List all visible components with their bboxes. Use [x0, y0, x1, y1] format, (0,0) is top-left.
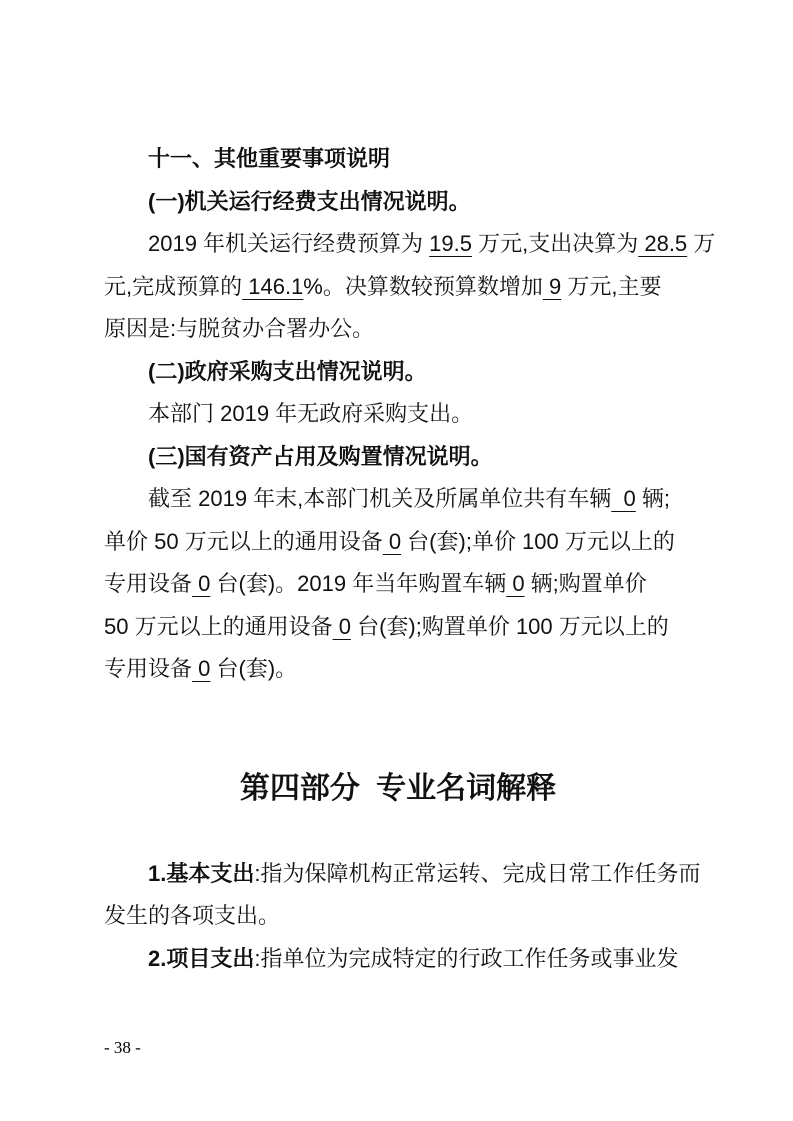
paragraph-line: 原因是:与脱贫办合署办公。	[104, 308, 692, 351]
underlined-value: 0	[506, 571, 524, 596]
text-segment: 万元,支出决算为	[472, 231, 638, 256]
text-segment: 2019 年机关运行经费预算为	[148, 231, 429, 256]
text-segment: 辆;	[636, 486, 670, 511]
text-segment: 万	[687, 231, 715, 256]
text-segment: 本部门 2019 年无政府采购支出。	[148, 401, 473, 426]
text-segment: 50 万元以上的通用设备	[104, 614, 333, 639]
paragraph-line: 元,完成预算的 146.1%。决算数较预算数增加 9 万元,主要	[104, 266, 692, 309]
paragraph-line: 2019 年机关运行经费预算为 19.5 万元,支出决算为 28.5 万	[104, 223, 692, 266]
paragraph-line: 专用设备 0 台(套)。2019 年当年购置车辆 0 辆;购置单价	[104, 563, 692, 606]
paragraph-line: 50 万元以上的通用设备 0 台(套);购置单价 100 万元以上的	[104, 606, 692, 649]
subsection-heading-2: (二)政府采购支出情况说明。	[104, 351, 692, 394]
text-segment: 原因是:与脱贫办合署办公。	[104, 316, 374, 341]
text-segment: :指为保障机构正常运转、完成日常工作任务而	[254, 861, 700, 886]
underlined-value: 28.5	[638, 231, 687, 256]
text-segment: %。决算数较预算数增加	[303, 274, 543, 299]
text-segment: 台(套)。	[210, 656, 297, 681]
text-segment: 专用设备	[104, 571, 192, 596]
underlined-value: 0	[192, 656, 210, 681]
document-body: 十一、其他重要事项说明(一)机关运行经费支出情况说明。2019 年机关运行经费预…	[104, 138, 692, 1058]
text-segment: 台(套)。2019 年当年购置车辆	[210, 571, 506, 596]
bold-text: (一)机关运行经费支出情况说明。	[148, 189, 471, 214]
text-segment: 元,完成预算的	[104, 274, 242, 299]
text-segment: 台(套);购置单价 100 万元以上的	[351, 614, 669, 639]
text-segment: 单价 50 万元以上的通用设备	[104, 529, 383, 554]
bold-text: 1.基本支出	[148, 861, 254, 886]
text-segment: 辆;购置单价	[525, 571, 647, 596]
text-segment: 万元,主要	[561, 274, 661, 299]
text-segment: 专用设备	[104, 656, 192, 681]
paragraph-line: 专用设备 0 台(套)。	[104, 648, 692, 691]
underlined-value: 0	[192, 571, 210, 596]
paragraph-line: 截至 2019 年末,本部门机关及所属单位共有车辆 0 辆;	[104, 478, 692, 521]
subsection-heading-3: (三)国有资产占用及购置情况说明。	[104, 436, 692, 479]
subsection-heading-1: (一)机关运行经费支出情况说明。	[104, 181, 692, 224]
section-heading-11: 十一、其他重要事项说明	[104, 138, 692, 181]
text-segment: :指单位为完成特定的行政工作任务或事业发	[254, 946, 678, 971]
bold-text: (三)国有资产占用及购置情况说明。	[148, 444, 493, 469]
paragraph-line: 2.项目支出:指单位为完成特定的行政工作任务或事业发	[104, 938, 692, 981]
underlined-value: 0	[611, 486, 635, 511]
underlined-value: 0	[383, 529, 401, 554]
bold-text: 2.项目支出	[148, 946, 254, 971]
text-segment: 发生的各项支出。	[104, 903, 280, 928]
underlined-value: 0	[333, 614, 351, 639]
paragraph-line: 1.基本支出:指为保障机构正常运转、完成日常工作任务而	[104, 853, 692, 896]
paragraph-line: 本部门 2019 年无政府采购支出。	[104, 393, 692, 436]
paragraph-line: 单价 50 万元以上的通用设备 0 台(套);单价 100 万元以上的	[104, 521, 692, 564]
text-segment: 截至 2019 年末,本部门机关及所属单位共有车辆	[148, 486, 611, 511]
underlined-value: 19.5	[429, 231, 472, 256]
page-number: - 38 -	[104, 1038, 692, 1058]
text-segment: 台(套);单价 100 万元以上的	[401, 529, 675, 554]
underlined-value: 146.1	[242, 274, 303, 299]
part-title: 第四部分 专业名词解释	[104, 768, 692, 810]
bold-text: 第四部分 专业名词解释	[240, 772, 556, 805]
bold-text: 十一、其他重要事项说明	[148, 146, 390, 171]
document-page: 十一、其他重要事项说明(一)机关运行经费支出情况说明。2019 年机关运行经费预…	[0, 0, 793, 1121]
paragraph-line: 发生的各项支出。	[104, 895, 692, 938]
bold-text: (二)政府采购支出情况说明。	[148, 359, 427, 384]
underlined-value: 9	[543, 274, 561, 299]
